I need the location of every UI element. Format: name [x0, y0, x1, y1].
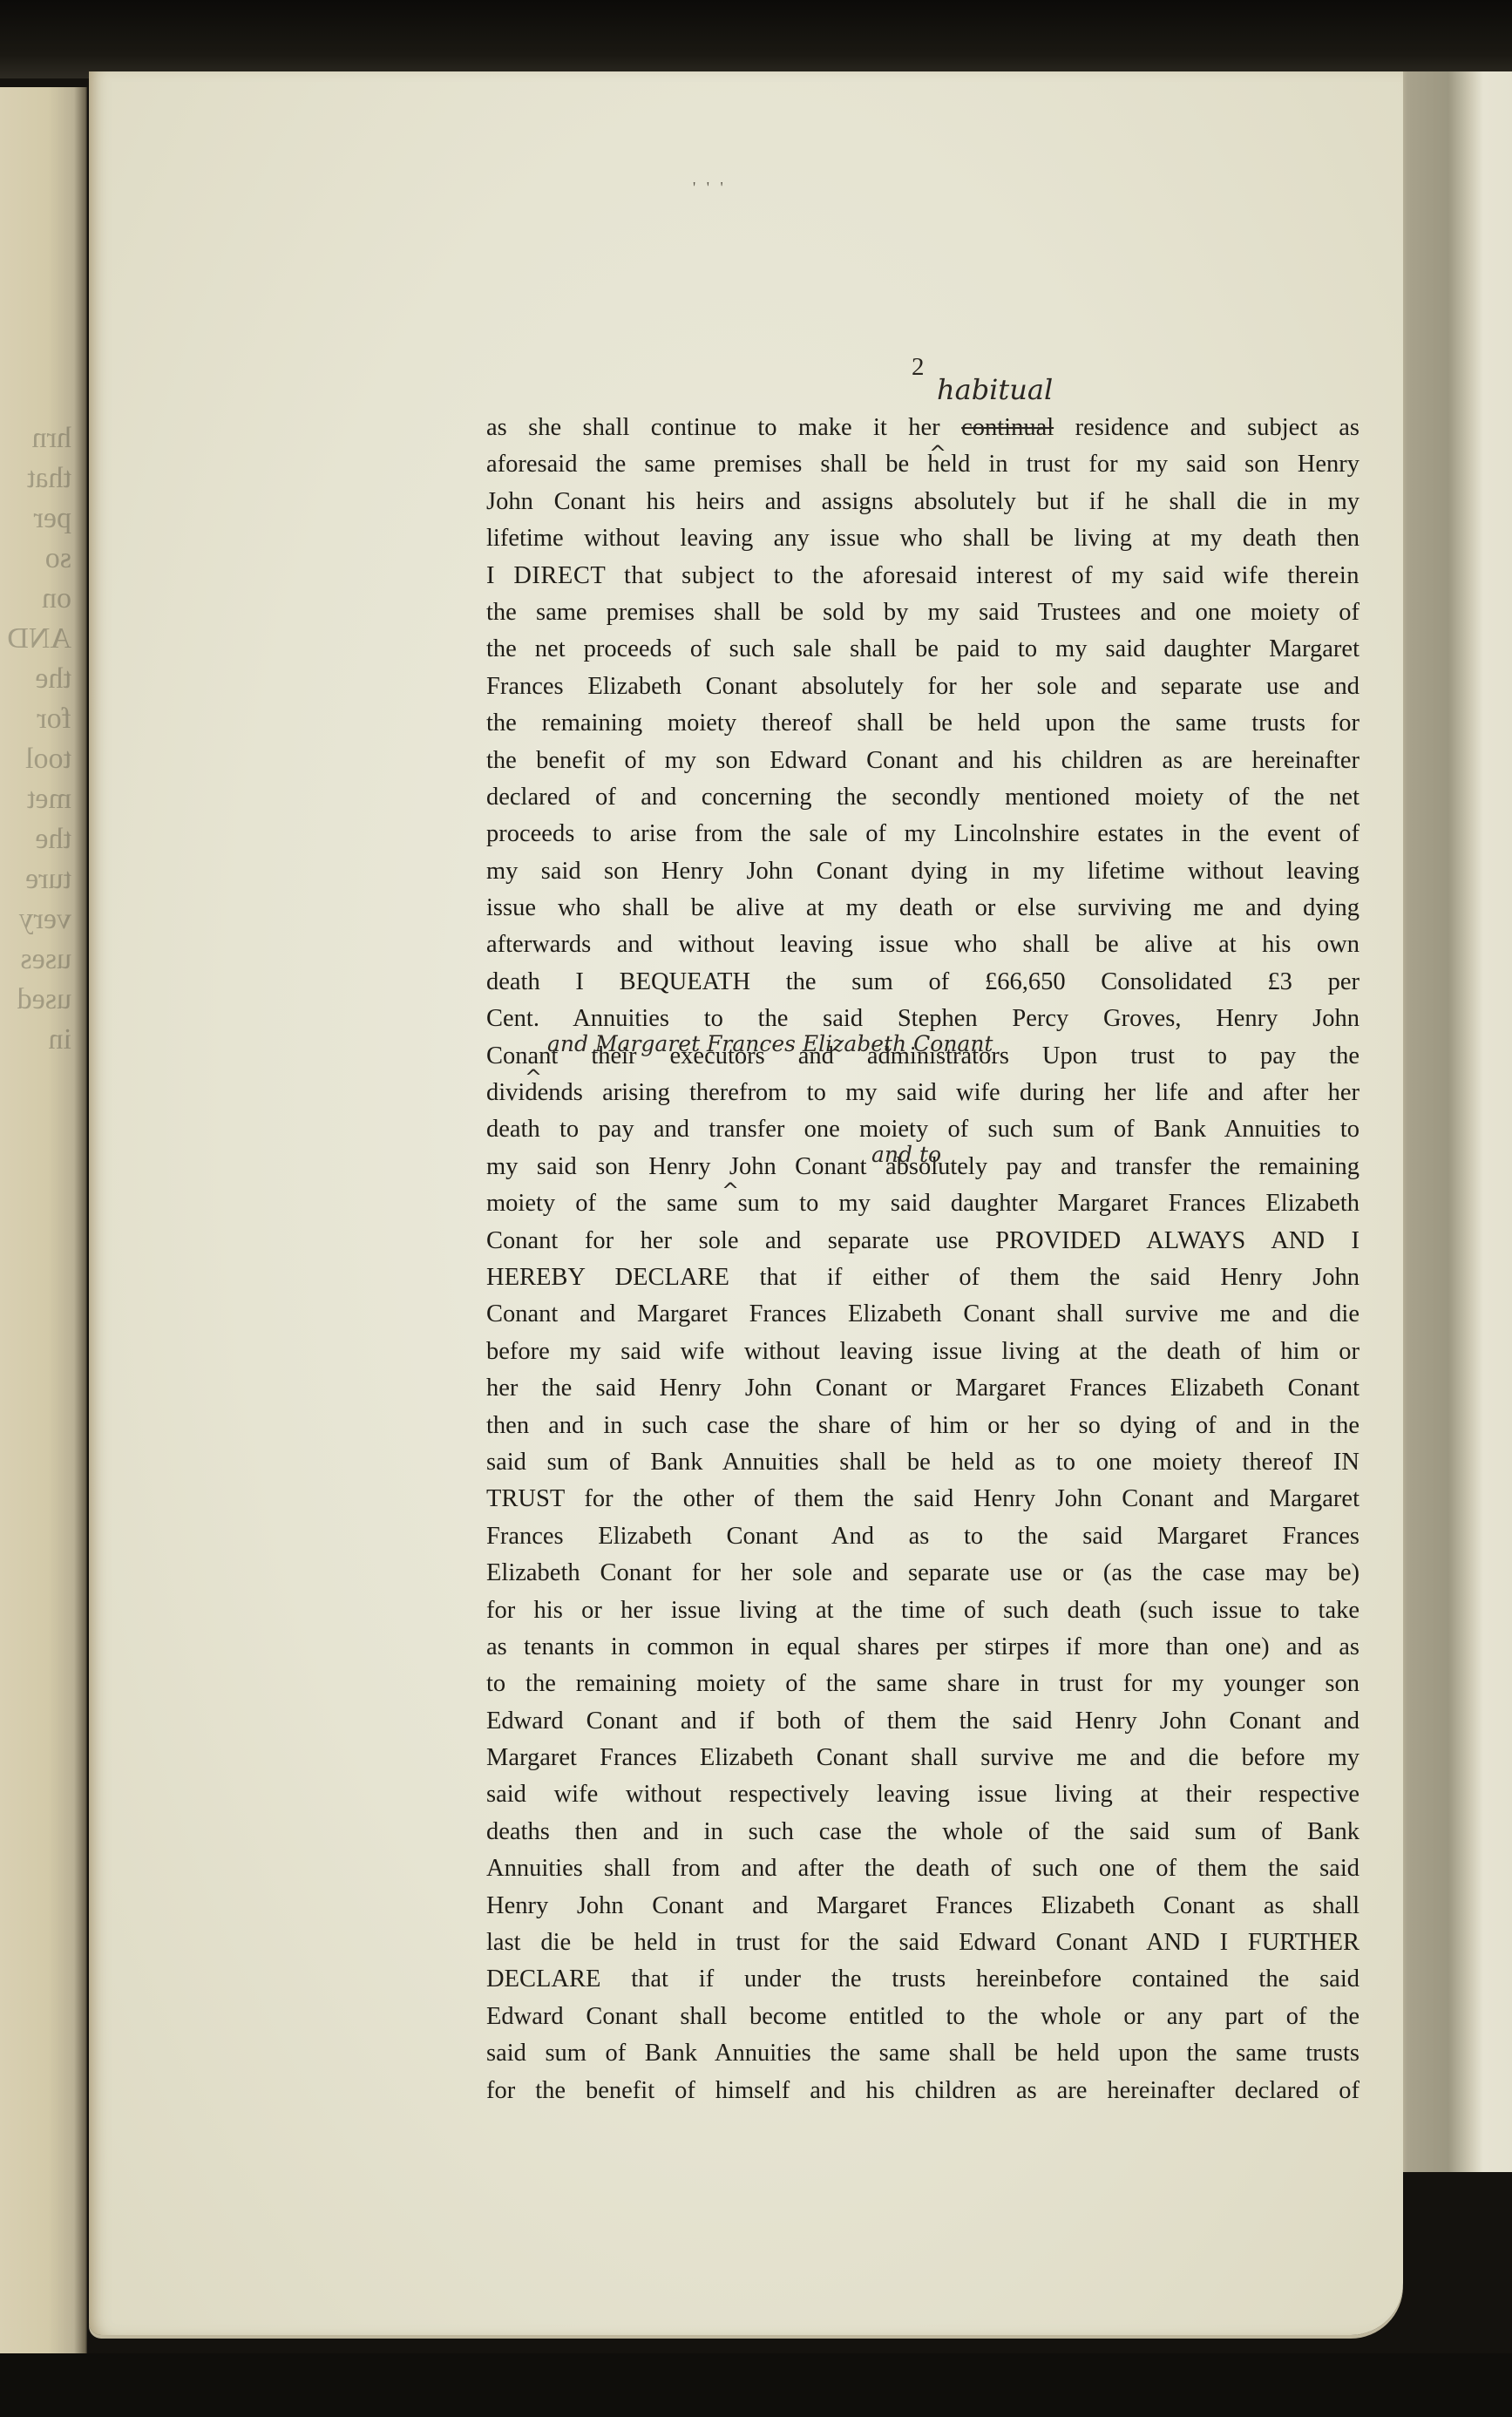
text-line: her the said Henry John Conant or Margar…: [486, 1370, 1359, 1407]
text-line: Edward Conant and if both of them the sa…: [486, 1703, 1359, 1740]
text-line: issue who shall be alive at my death or …: [486, 890, 1359, 927]
text-line: before my said wife without leaving issu…: [486, 1334, 1359, 1370]
text-line: Conant and Margaret Frances Elizabeth Co…: [486, 1296, 1359, 1333]
insertion-caret: ^: [722, 1178, 739, 1203]
text-line: moiety of the same sum to my said daught…: [486, 1185, 1359, 1222]
text-line: for his or her issue living at the time …: [486, 1592, 1359, 1629]
handwritten-insertion-habitual: habitual: [937, 373, 1053, 406]
text-line: then and in such case the share of him o…: [486, 1408, 1359, 1444]
text-fragment: as she shall continue to make it her: [486, 414, 940, 441]
text-line: for the benefit of himself and his child…: [486, 2073, 1359, 2109]
text-line: declared of and concerning the secondly …: [486, 779, 1359, 816]
show-through-text: hrn that per so on AND the for tool met …: [10, 418, 71, 1060]
text-line: my said son Henry John Conant dying in m…: [486, 853, 1359, 890]
text-line: Edward Conant shall become entitled to t…: [486, 1999, 1359, 2035]
text-line: last die be held in trust for the said E…: [486, 1925, 1359, 1961]
text-line: Annuities shall from and after the death…: [486, 1850, 1359, 1887]
text-line: said wife without respectively leaving i…: [486, 1776, 1359, 1813]
text-line: to the remaining moiety of the same shar…: [486, 1666, 1359, 1702]
text-line: dividends arising therefrom to my said w…: [486, 1075, 1359, 1111]
text-fragment: residence and subject as: [1075, 414, 1359, 441]
document-body: as she shall continue to make it her con…: [486, 410, 1359, 2109]
text-line: said sum of Bank Annuities shall be held…: [486, 1444, 1359, 1481]
text-line: Conant for her sole and separate use PRO…: [486, 1223, 1359, 1259]
text-line: HEREBY DECLARE that if either of them th…: [486, 1259, 1359, 1296]
text-line: I DIRECT that subject to the aforesaid i…: [486, 558, 1359, 594]
text-line: the benefit of my son Edward Conant and …: [486, 743, 1359, 779]
insertion-caret: ^: [929, 441, 946, 465]
text-line: as tenants in common in equal shares per…: [486, 1629, 1359, 1666]
text-line: death I BEQUEATH the sum of £66,650 Cons…: [486, 964, 1359, 1001]
text-line: John Conant his heirs and assigns absolu…: [486, 484, 1359, 520]
book-binding-top: [0, 0, 1512, 78]
text-line: the remaining moiety thereof shall be he…: [486, 705, 1359, 742]
insertion-caret: ^: [525, 1065, 542, 1090]
text-line: Elizabeth Conant for her sole and separa…: [486, 1555, 1359, 1592]
text-line: Margaret Frances Elizabeth Conant shall …: [486, 1740, 1359, 1776]
text-line: proceeds to arise from the sale of my Li…: [486, 816, 1359, 852]
previous-page-edge: hrn that per so on AND the for tool met …: [0, 87, 87, 2371]
text-line: TRUST for the other of them the said Hen…: [486, 1481, 1359, 1517]
handwritten-insertion-margaret: and Margaret Frances Elizabeth Conant: [547, 1031, 993, 1056]
text-line: DECLARE that if under the trusts hereinb…: [486, 1961, 1359, 1998]
next-pages-edge: [1396, 71, 1512, 2172]
struck-word: continual: [961, 414, 1054, 441]
stray-marks: ' ' ': [693, 179, 727, 197]
handwritten-insertion-and-to: and to: [871, 1142, 941, 1167]
text-line: Henry John Conant and Margaret Frances E…: [486, 1888, 1359, 1925]
text-line: aforesaid the same premises shall be hel…: [486, 446, 1359, 483]
text-line: lifetime without leaving any issue who s…: [486, 520, 1359, 557]
text-line: the net proceeds of such sale shall be p…: [486, 631, 1359, 668]
text-line: Frances Elizabeth Conant absolutely for …: [486, 669, 1359, 705]
book-binding-bottom: [0, 2353, 1512, 2417]
text-line: Frances Elizabeth Conant And as to the s…: [486, 1518, 1359, 1555]
text-line: afterwards and without leaving issue who…: [486, 927, 1359, 963]
text-line: the same premises shall be sold by my sa…: [486, 594, 1359, 631]
text-line-1: as she shall continue to make it her con…: [486, 410, 1359, 446]
text-line: said sum of Bank Annuities the same shal…: [486, 2035, 1359, 2072]
text-line: deaths then and in such case the whole o…: [486, 1814, 1359, 1850]
page-number: 2: [912, 353, 925, 382]
